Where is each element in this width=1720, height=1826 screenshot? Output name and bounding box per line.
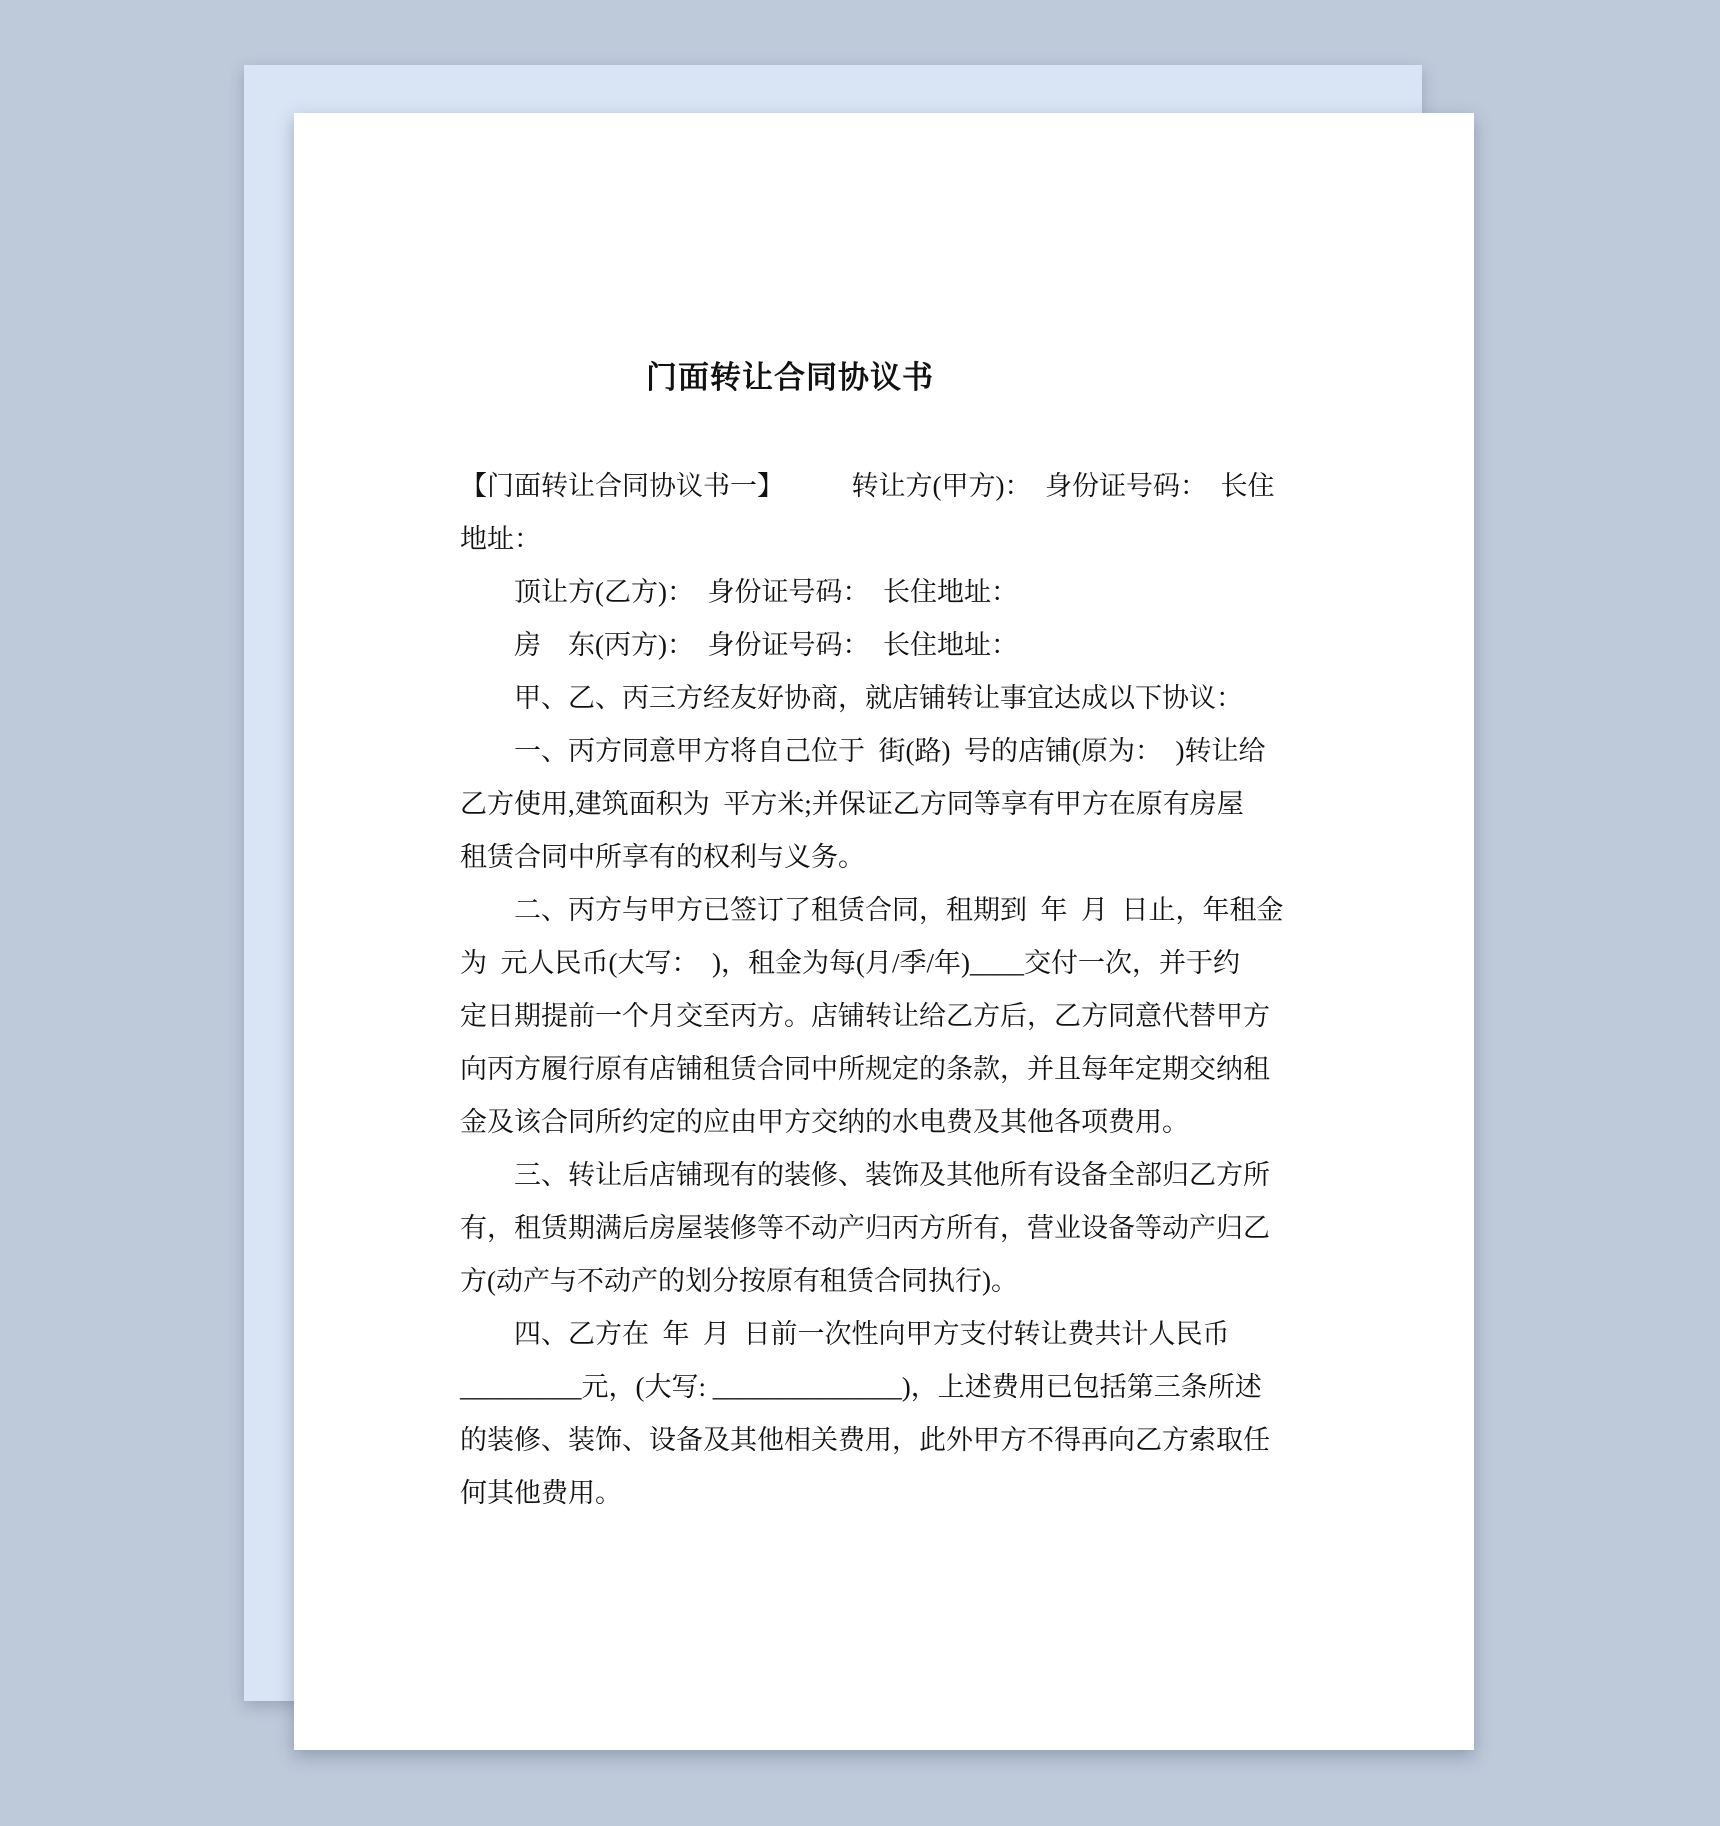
document-body: 【门面转让合同协议书一】 转让方(甲方)： 身份证号码： 长住地址： 顶让方(乙… bbox=[460, 460, 1290, 1520]
text-line: _________元，(大写: ______________)，上述费用已包括第… bbox=[460, 1361, 1290, 1414]
text-line: 【门面转让合同协议书一】 转让方(甲方)： 身份证号码： 长住 bbox=[460, 460, 1290, 513]
text-line: 乙方使用,建筑面积为 平方米;并保证乙方同等享有甲方在原有房屋 bbox=[460, 778, 1290, 831]
document-page: 门面转让合同协议书 【门面转让合同协议书一】 转让方(甲方)： 身份证号码： 长… bbox=[294, 113, 1474, 1750]
paragraph-party-b: 顶让方(乙方)： 身份证号码： 长住地址： bbox=[460, 566, 1290, 619]
document-title: 门面转让合同协议书 bbox=[460, 355, 1120, 400]
text-line: 向丙方履行原有店铺租赁合同中所规定的条款，并且每年定期交纳租 bbox=[460, 1043, 1290, 1096]
text-line: 房 东(丙方)： 身份证号码： 长住地址： bbox=[460, 619, 1290, 672]
text-line: 甲、乙、丙三方经友好协商，就店铺转让事宜达成以下协议： bbox=[460, 672, 1290, 725]
text-line: 的装修、装饰、设备及其他相关费用，此外甲方不得再向乙方索取任 bbox=[460, 1414, 1290, 1467]
paragraph-parties-party-a: 【门面转让合同协议书一】 转让方(甲方)： 身份证号码： 长住地址： bbox=[460, 460, 1290, 566]
text-line: 一、丙方同意甲方将自己位于 街(路) 号的店铺(原为： )转让给 bbox=[460, 725, 1290, 778]
text-line: 有，租赁期满后房屋装修等不动产归丙方所有，营业设备等动产归乙 bbox=[460, 1202, 1290, 1255]
document-content: 门面转让合同协议书 【门面转让合同协议书一】 转让方(甲方)： 身份证号码： 长… bbox=[460, 355, 1290, 1520]
text-line: 地址： bbox=[460, 513, 1290, 566]
paragraph-preamble: 甲、乙、丙三方经友好协商，就店铺转让事宜达成以下协议： bbox=[460, 672, 1290, 725]
text-line: 租赁合同中所享有的权利与义务。 bbox=[460, 831, 1290, 884]
paragraph-clause-2: 二、丙方与甲方已签订了租赁合同，租期到 年 月 日止，年租金为 元人民币(大写：… bbox=[460, 884, 1290, 1149]
text-line: 四、乙方在 年 月 日前一次性向甲方支付转让费共计人民币 bbox=[460, 1308, 1290, 1361]
text-line: 何其他费用。 bbox=[460, 1467, 1290, 1520]
text-line: 顶让方(乙方)： 身份证号码： 长住地址： bbox=[460, 566, 1290, 619]
paragraph-clause-3: 三、转让后店铺现有的装修、装饰及其他所有设备全部归乙方所有，租赁期满后房屋装修等… bbox=[460, 1149, 1290, 1308]
text-line: 为 元人民币(大写： )，租金为每(月/季/年)____交付一次，并于约 bbox=[460, 937, 1290, 990]
paragraph-clause-4: 四、乙方在 年 月 日前一次性向甲方支付转让费共计人民币_________元，(… bbox=[460, 1308, 1290, 1520]
paragraph-party-c: 房 东(丙方)： 身份证号码： 长住地址： bbox=[460, 619, 1290, 672]
text-line: 定日期提前一个月交至丙方。店铺转让给乙方后，乙方同意代替甲方 bbox=[460, 990, 1290, 1043]
paragraph-clause-1: 一、丙方同意甲方将自己位于 街(路) 号的店铺(原为： )转让给乙方使用,建筑面… bbox=[460, 725, 1290, 884]
text-line: 二、丙方与甲方已签订了租赁合同，租期到 年 月 日止，年租金 bbox=[460, 884, 1290, 937]
text-line: 三、转让后店铺现有的装修、装饰及其他所有设备全部归乙方所 bbox=[460, 1149, 1290, 1202]
text-line: 金及该合同所约定的应由甲方交纳的水电费及其他各项费用。 bbox=[460, 1096, 1290, 1149]
text-line: 方(动产与不动产的划分按原有租赁合同执行)。 bbox=[460, 1255, 1290, 1308]
